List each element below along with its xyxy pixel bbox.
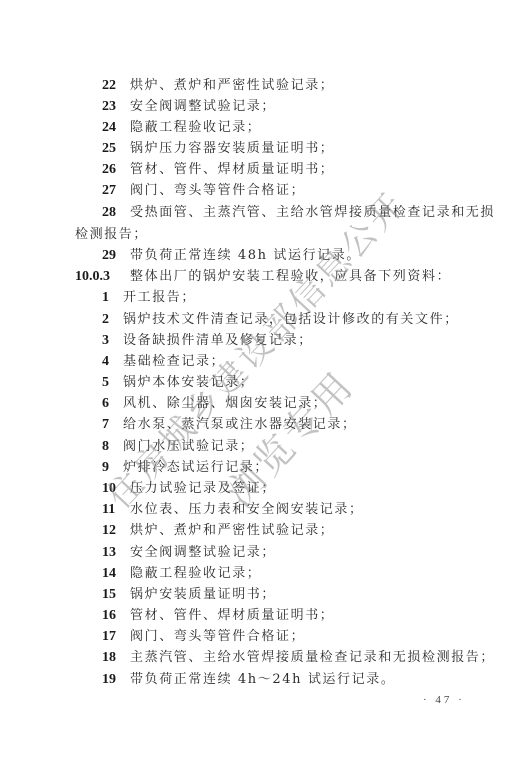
item-number: 3 (102, 331, 109, 351)
item-text: 主蒸汽管、主给水管焊接质量检查记录和无损检测报告； (130, 648, 495, 668)
item-text: 设备缺损件清单及修复记录； (123, 331, 313, 351)
item-text: 锅炉技术文件清查记录，包括设计修改的有关文件； (123, 310, 459, 330)
item-text: 基础检查记录； (123, 352, 225, 372)
item-number: 27 (102, 181, 116, 201)
item-text: 安全阀调整试验记录； (130, 543, 276, 563)
item-number: 18 (102, 648, 116, 668)
document-page: 22烘炉、煮炉和严密性试验记录；23安全阀调整试验记录；24隐蔽工程验收记录；2… (0, 0, 529, 767)
item-number: 23 (102, 97, 116, 117)
item-text: 风机、除尘器、烟囱安装记录； (123, 394, 327, 414)
item-number: 17 (102, 627, 116, 647)
item-text: 烘炉、煮炉和严密性试验记录； (130, 76, 334, 96)
item-number: 25 (102, 139, 116, 159)
page-number: · 47 · (423, 694, 465, 706)
item-text: 带负荷正常连续 4h～24h 试运行记录。 (130, 670, 395, 690)
item-text: 阀门水压试验记录； (123, 437, 254, 457)
item-text: 给水泵、蒸汽泵或注水器安装记录； (123, 415, 357, 435)
item-text: 安全阀调整试验记录； (130, 97, 276, 117)
item-number: 29 (102, 246, 116, 266)
item-text: 带负荷正常连续 48h 试运行记录。 (130, 246, 361, 266)
item-text: 压力试验记录及签证； (130, 479, 276, 499)
item-number: 1 (102, 288, 109, 308)
item-text: 管材、管件、焊材质量证明书； (130, 606, 334, 626)
item-number: 24 (102, 118, 116, 138)
item-text: 检测报告； (75, 225, 148, 245)
item-number: 10 (102, 479, 116, 499)
item-text: 炉排冷态试运行记录； (123, 458, 269, 478)
item-text: 开工报告； (123, 288, 196, 308)
item-text: 锅炉压力容器安装质量证明书； (130, 139, 334, 159)
item-number: 19 (102, 670, 116, 690)
item-text: 烘炉、煮炉和严密性试验记录； (130, 521, 334, 541)
item-number: 16 (102, 606, 116, 626)
item-text: 隐蔽工程验收记录； (130, 564, 261, 584)
item-number: 2 (102, 310, 109, 330)
item-number: 15 (102, 585, 116, 605)
item-text: 锅炉安装质量证明书； (130, 585, 276, 605)
item-number: 22 (102, 76, 116, 96)
item-text: 隐蔽工程验收记录； (130, 118, 261, 138)
item-text: 锅炉本体安装记录； (123, 373, 254, 393)
item-text: 整体出厂的锅炉安装工程验收，应具备下列资料： (130, 267, 451, 287)
item-text: 阀门、弯头等管件合格证； (130, 181, 305, 201)
item-number: 11 (102, 500, 115, 520)
item-number: 12 (102, 521, 116, 541)
item-text: 管材、管件、焊材质量证明书； (130, 160, 334, 180)
item-number: 13 (102, 543, 116, 563)
item-number: 4 (102, 352, 109, 372)
item-number: 10.0.3 (75, 267, 110, 287)
item-text: 受热面管、主蒸汽管、主给水管焊接质量检查记录和无损 (130, 203, 495, 223)
item-text: 阀门、弯头等管件合格证； (130, 627, 305, 647)
item-number: 28 (102, 203, 116, 223)
item-number: 26 (102, 160, 116, 180)
item-number: 8 (102, 437, 109, 457)
item-number: 6 (102, 394, 109, 414)
item-number: 7 (102, 415, 109, 435)
item-number: 14 (102, 564, 116, 584)
item-number: 5 (102, 373, 109, 393)
item-text: 水位表、压力表和安全阀安装记录； (130, 500, 364, 520)
item-number: 9 (102, 458, 109, 478)
